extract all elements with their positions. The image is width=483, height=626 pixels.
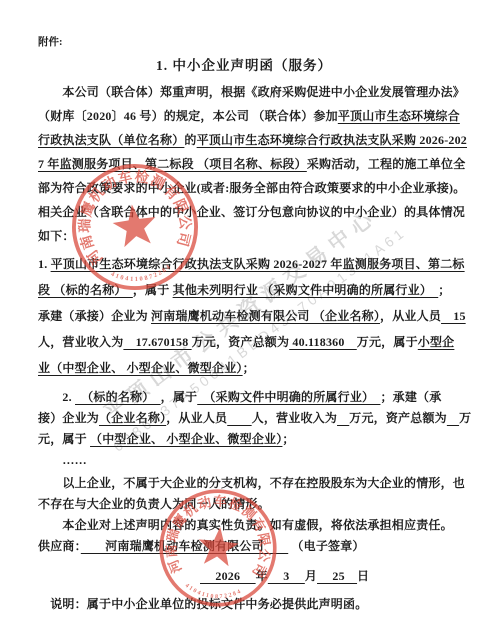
- text-segment: 如下：: [38, 229, 75, 243]
- fill-in-underlined: 其他未列明行业 （采购文件中明确的所属行业）: [173, 283, 439, 297]
- text-segment: 相关企业（含联合体中的中小企业、签订分包意向协议的中小企业）的具体情况: [38, 205, 465, 219]
- document-line: （财库〔2020〕46 号）的规定，本公司 （联合体）参加平顶山市生态环境综合: [38, 104, 450, 128]
- fill-in-underlined: 3: [268, 569, 305, 583]
- document-line: 承建（承接）企业为 河南瑞鹰机动车检测有限公司 （企业名称），从业人员 15: [38, 303, 450, 329]
- attachment-label: 附件:: [38, 36, 450, 50]
- text-segment: ；: [243, 361, 255, 375]
- document-page: 平顶山市公共资源交易中心 6286437A50641BBD43670A91311…: [0, 0, 483, 626]
- text-segment: 说明：属于中小企业单位的投标文件中务必提供此声明函。: [38, 597, 367, 611]
- document-line: 元，属于 （中型企业、 小型企业、微型企业）；: [38, 429, 450, 450]
- document-line: 2026 年 3 月 25 日: [38, 566, 450, 586]
- document-line: ……: [38, 450, 450, 471]
- text-segment: 万元，资产总额为: [192, 335, 290, 349]
- text-segment: 以上企业，不属于大企业的分支机构，不存在控股股东为大企业的情形，也: [38, 476, 465, 490]
- fill-in-underlined: 小型企: [418, 335, 455, 349]
- text-segment: 人，营业收入为: [252, 411, 337, 425]
- fill-in-underlined: 平顶山市生态环境综合行政执法支队采购 2026-2027 年监测服务项目、第二标: [51, 257, 465, 271]
- note-line: 说明：属于中小企业单位的投标文件中务必提供此声明函。: [38, 594, 450, 614]
- document-line: 业（中型企业、 小型企业、微型企业）；: [38, 355, 450, 381]
- text-segment: ，属于: [133, 283, 173, 297]
- fill-in-underlined: [447, 411, 459, 425]
- fill-in-underlined: 15: [441, 309, 466, 323]
- document-line: 以上企业，不属于大企业的分支机构，不存在控股股东为大企业的情形，也: [38, 473, 450, 494]
- text-segment: ……: [38, 453, 87, 467]
- fill-in-underlined: 7 年监测服务项目、第二标段 （项目名称、标段）: [38, 157, 307, 171]
- fill-in-underlined: （采购文件中明确的所属行业）: [197, 390, 380, 404]
- text-segment: 采购活动，工程的施工单位全: [307, 157, 466, 171]
- document-line: 1. 平顶山市生态环境综合行政执法支队采购 2026-2027 年监测服务项目、…: [38, 251, 450, 277]
- fill-in-underlined: [227, 411, 251, 425]
- document-line: 人，营业收入为 17.670158 万元，资产总额为 40.118360 万元，…: [38, 329, 450, 355]
- document-line: 接）企业为（企业名称），从业人员 人，营业收入为 万元，资产总额为 万: [38, 408, 450, 429]
- text-segment: 人，营业收入为: [38, 335, 123, 349]
- fill-in-underlined: 平顶山市生态环境综合行政执法支队采购 2026-202: [197, 133, 467, 147]
- text-segment: 日: [357, 569, 369, 583]
- document-line: 说明：属于中小企业单位的投标文件中务必提供此声明函。: [38, 594, 450, 614]
- fill-in-underlined: （中型企业、 小型企业、微型企业）: [90, 432, 282, 446]
- fill-in-underlined: 业（中型企业、 小型企业、微型企业）: [38, 361, 243, 375]
- text-segment: 承建（承接）企业为: [38, 309, 151, 323]
- document-line: 本企业对上述声明内容的真实性负责。如有虚假，将依法承担相应责任。: [38, 515, 450, 536]
- text-segment: 万元，资产总额为: [349, 411, 447, 425]
- text-segment: 接）企业为: [38, 411, 99, 425]
- text-segment: ，从业人员: [380, 309, 441, 323]
- document-line: 不存在与大企业的负责人为同一人的情形。: [38, 494, 450, 515]
- fill-in-underlined: 25: [317, 569, 357, 583]
- text-segment: 万: [459, 411, 471, 425]
- text-segment: 本公司（联合体）郑重声明，根据《政府采购促进中小企业发展管理办法》: [38, 85, 465, 99]
- text-segment: （财库〔2020〕46 号）的规定，本公司 （联合体）参加: [38, 109, 338, 123]
- item2-paragraph: 2. （标的名称） ，属于 （采购文件中明确的所属行业） ；承建（承接）企业为（…: [38, 387, 450, 471]
- item1-paragraph: 1. 平顶山市生态环境综合行政执法支队采购 2026-2027 年监测服务项目、…: [38, 251, 450, 381]
- fill-in-underlined: 平顶山市生态环境综合: [338, 109, 460, 123]
- text-segment: ；承建（承: [380, 390, 441, 404]
- intro-paragraph: 本公司（联合体）郑重声明，根据《政府采购促进中小企业发展管理办法》（财库〔202…: [38, 80, 450, 248]
- text-segment: 元，属于: [38, 432, 90, 446]
- text-segment: ，属于: [161, 390, 198, 404]
- text-segment: 万元，属于: [357, 335, 418, 349]
- text-segment: 不存在与大企业的负责人为同一人的情形。: [38, 497, 270, 511]
- text-segment: 1.: [38, 257, 51, 271]
- document-content: 附件: 1. 中小企业声明函（服务） 本公司（联合体）郑重声明，根据《政府采购促…: [38, 36, 450, 614]
- text-segment: 的: [184, 133, 196, 147]
- document-line: 供应商： 河南瑞鹰机动车检测有限公司 （电子签章）: [38, 536, 450, 557]
- fill-in-underlined: 河南瑞鹰机动车检测有限公司 （企业名称）: [151, 309, 380, 323]
- fill-in-underlined: 17.670158: [123, 335, 191, 349]
- fill-in-underlined: [337, 411, 349, 425]
- text-segment: 2.: [38, 390, 75, 404]
- text-segment: 月: [305, 569, 317, 583]
- document-line: 段 （标的名称） ，属于 其他未列明行业 （采购文件中明确的所属行业） ；: [38, 277, 450, 303]
- document-title: 1. 中小企业声明函（服务）: [38, 57, 450, 75]
- fill-in-underlined: （标的名称）: [75, 390, 161, 404]
- fill-in-underlined: 河南瑞鹰机动车检测有限公司: [81, 539, 288, 553]
- document-line: 7 年监测服务项目、第二标段 （项目名称、标段）采购活动，工程的施工单位全: [38, 152, 450, 176]
- document-line: 行政执法支队（单位名称）的平顶山市生态环境综合行政执法支队采购 2026-202: [38, 128, 450, 152]
- text-segment: ，从业人员: [166, 411, 227, 425]
- fill-in-underlined: 2026: [200, 569, 256, 583]
- text-segment: （电子签章）: [288, 539, 364, 553]
- document-line: 本公司（联合体）郑重声明，根据《政府采购促进中小企业发展管理办法》: [38, 80, 450, 104]
- fill-in-underlined: （企业名称）: [99, 411, 166, 425]
- text-segment: 供应商：: [38, 539, 81, 553]
- document-line: 相关企业（含联合体中的中小企业、签订分包意向协议的中小企业）的具体情况: [38, 200, 450, 224]
- text-segment: 部为符合政策要求的中小企业(或者:服务全部由符合政策要求的中小企业承接)。: [38, 181, 465, 195]
- text-segment: 本企业对上述声明内容的真实性负责。如有虚假，将依法承担相应责任。: [38, 518, 453, 532]
- document-line: 部为符合政策要求的中小企业(或者:服务全部由符合政策要求的中小企业承接)。: [38, 176, 450, 200]
- closing-paragraph: 以上企业，不属于大企业的分支机构，不存在控股股东为大企业的情形，也不存在与大企业…: [38, 473, 450, 557]
- fill-in-underlined: 行政执法支队（单位名称）: [38, 133, 184, 147]
- fill-in-underlined: 40.118360: [289, 335, 357, 349]
- date-line: 2026 年 3 月 25 日: [38, 566, 450, 586]
- document-line: 2. （标的名称） ，属于 （采购文件中明确的所属行业） ；承建（承: [38, 387, 450, 408]
- text-segment: ；: [438, 283, 450, 297]
- text-segment: 年: [256, 569, 268, 583]
- fill-in-underlined: 段 （标的名称）: [38, 283, 133, 297]
- document-line: 如下：: [38, 224, 450, 248]
- text-segment: ；: [282, 432, 294, 446]
